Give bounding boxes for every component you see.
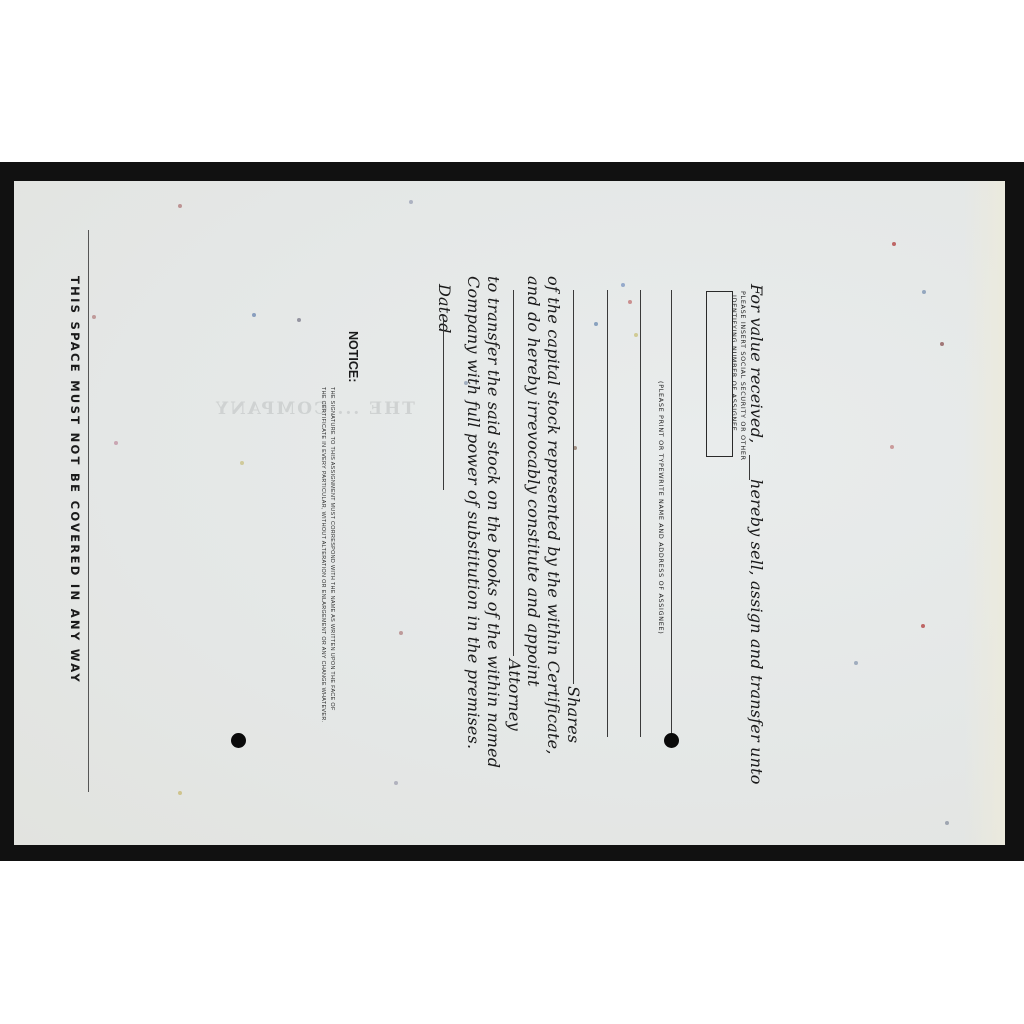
paper-fiber xyxy=(854,661,858,665)
rule-line xyxy=(749,455,750,480)
paper-fiber xyxy=(240,461,244,465)
ghost-bleedthrough-title: THE ... COMPANY xyxy=(214,399,415,419)
for-value-received-text: For value received, xyxy=(747,284,766,443)
margin-warning-text: THIS SPACE MUST NOT BE COVERED IN ANY WA… xyxy=(68,276,82,684)
transfer-text: to transfer the said stock on the books … xyxy=(484,276,503,768)
paper-fiber xyxy=(922,290,926,294)
assignee-line-1[interactable] xyxy=(671,290,672,737)
constitute-appoint-text: and do hereby irrevocably constitute and… xyxy=(524,276,543,687)
paper-fiber xyxy=(628,300,632,304)
date-line[interactable] xyxy=(443,320,444,490)
margin-rule xyxy=(88,230,89,792)
paper-fiber xyxy=(92,315,96,319)
attorney-name-line[interactable] xyxy=(513,290,514,656)
paper-fiber xyxy=(394,781,398,785)
sell-assign-transfer-text: hereby sell, assign and transfer unto xyxy=(747,479,766,785)
paper-fiber xyxy=(297,318,301,322)
ssn-label-line1: PLEASE INSERT SOCIAL SECURITY OR OTHER xyxy=(739,291,747,461)
paper-fiber xyxy=(409,200,413,204)
assignee-line-2[interactable] xyxy=(640,290,641,737)
attorney-word: Attorney xyxy=(505,659,524,731)
company-power-text: Company with full power of substitution … xyxy=(464,276,483,749)
shares-count-line[interactable] xyxy=(573,290,574,684)
notice-title: NOTICE: xyxy=(346,331,360,382)
paper-fiber xyxy=(621,283,625,287)
paper-fiber xyxy=(178,204,182,208)
paper-fiber xyxy=(945,821,949,825)
dated-label: Dated xyxy=(435,284,454,334)
punch-hole-left xyxy=(231,733,246,748)
certificate-paper: THE ... COMPANY For value received, PLEA… xyxy=(14,181,1005,845)
paper-fiber xyxy=(890,445,894,449)
paper-fiber xyxy=(634,333,638,337)
shares-word: Shares xyxy=(564,686,583,743)
paper-fiber xyxy=(178,791,182,795)
capital-stock-text: of the capital stock represented by the … xyxy=(544,276,563,755)
paper-fiber xyxy=(921,624,925,628)
paper-fiber xyxy=(114,441,118,445)
punch-hole-right xyxy=(664,733,679,748)
paper-fiber xyxy=(594,322,598,326)
assignee-label: (PLEASE PRINT OR TYPEWRITE NAME AND ADDR… xyxy=(657,381,665,634)
paper-fiber xyxy=(940,342,944,346)
notice-line-2: THE CERTIFICATE IN EVERY PARTICULAR, WIT… xyxy=(319,387,328,722)
paper-fiber xyxy=(252,313,256,317)
paper-aged-edge xyxy=(964,181,1005,845)
paper-fiber xyxy=(399,631,403,635)
assignee-line-3[interactable] xyxy=(607,290,608,737)
ssn-input-box[interactable] xyxy=(706,291,733,457)
paper-fiber xyxy=(892,242,896,246)
notice-line-1: THE SIGNATURE TO THIS ASSIGNMENT MUST CO… xyxy=(328,387,337,711)
